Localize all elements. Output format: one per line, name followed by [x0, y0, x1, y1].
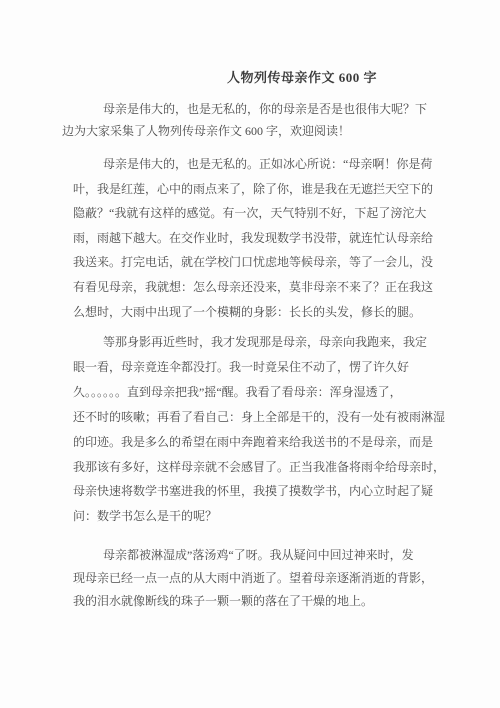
essay-paragraph-1: 母亲是伟大的，也是无私的。正如冰心所说：“母亲啊！你是荷 叶，我是红莲，心中的雨… — [73, 152, 478, 324]
essay-paragraph-2: 等那身影再近些时，我才发现那是母亲，母亲向我跑来，我定 眼一看，母亲竟连伞都没打… — [73, 330, 478, 529]
essay-paragraph-3: 母亲都被淋湿成”落汤鸡“了呀。我从疑问中回过神来时，发 现母亲已经一点一点的从大… — [73, 544, 478, 613]
intro-paragraph: 母亲是伟大的，也是无私的，你的母亲是否是也很伟大呢？下 边为大家采集了人物列传母… — [62, 99, 472, 142]
document-page: 人物列传母亲作文 600 字 母亲是伟大的，也是无私的，你的母亲是否是也很伟大呢… — [0, 0, 500, 708]
essay-title: 人物列传母亲作文 600 字 — [0, 67, 500, 86]
